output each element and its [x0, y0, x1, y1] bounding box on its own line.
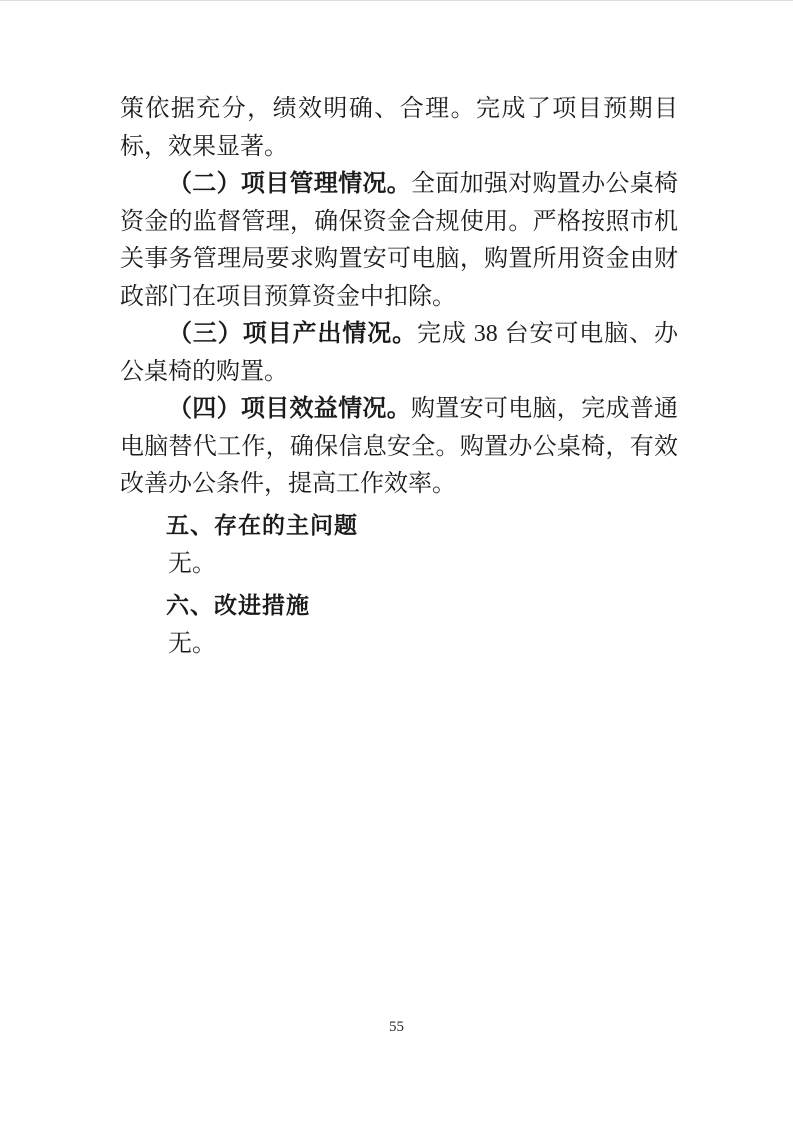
section-heading-6: 六、改进措施	[120, 587, 678, 625]
paragraph-continuation: 策依据充分，绩效明确、合理。完成了项目预期目标，效果显著。	[120, 91, 678, 166]
section-heading-5: 五、存在的主问题	[120, 507, 678, 545]
document-body: 策依据充分，绩效明确、合理。完成了项目预期目标，效果显著。 （二）项目管理情况。…	[120, 91, 678, 664]
paragraph-lead: （四）项目效益情况。	[168, 396, 411, 422]
paragraph-section-3: （三）项目产出情况。完成 38 台安可电脑、办公桌椅的购置。	[120, 316, 678, 391]
paragraph-text: 无。	[168, 631, 216, 657]
document-page: 策依据充分，绩效明确、合理。完成了项目预期目标，效果显著。 （二）项目管理情况。…	[0, 0, 793, 1122]
page-number: 55	[0, 1019, 793, 1036]
paragraph-text: 无。	[168, 551, 216, 577]
paragraph-text: 策依据充分，绩效明确、合理。完成了项目预期目标，效果显著。	[120, 96, 678, 160]
paragraph-none-1: 无。	[120, 546, 678, 584]
paragraph-none-2: 无。	[120, 626, 678, 664]
paragraph-section-4: （四）项目效益情况。购置安可电脑，完成普通电脑替代工作，确保信息安全。购置办公桌…	[120, 391, 678, 504]
paragraph-lead: （三）项目产出情况。	[168, 321, 417, 347]
paragraph-lead: （二）项目管理情况。	[168, 171, 411, 197]
paragraph-section-2: （二）项目管理情况。全面加强对购置办公桌椅资金的监督管理，确保资金合规使用。严格…	[120, 166, 678, 316]
